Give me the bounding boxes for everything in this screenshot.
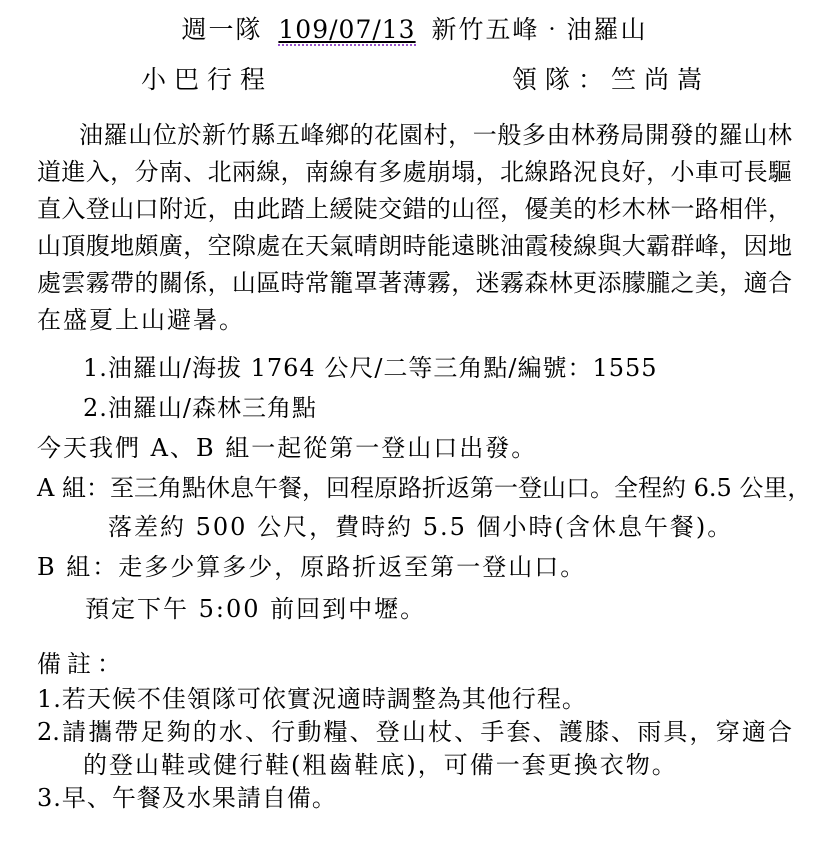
intro-line: 處雲霧帶的關係，山區時常籠罩著薄霧，迷霧森林更添朦朧之美，適合 [37,265,792,302]
leader-label: 領隊：竺尚嵩 [512,63,710,96]
summit-list: 1.油羅山/海拔 1764 公尺/二等三角點/編號：1555 2.油羅山/森林三… [37,348,792,428]
summit-item: 1.油羅山/海拔 1764 公尺/二等三角點/編號：1555 [83,348,792,388]
title-destination: 新竹五峰‧油羅山 [432,15,648,44]
transport-label: 小巴行程 [141,63,273,96]
itinerary-document: 週一隊 109/07/13 新竹五峰‧油羅山 小巴行程 領隊：竺尚嵩 油羅山位於… [0,0,821,845]
group-a-line-2: 落差約 500 公尺，費時約 5.5 個小時(含休息午餐)。 [37,508,792,546]
group-b-plan: B 組：走多少算多少，原路折返至第一登山口。 [37,546,792,588]
intro-line: 道進入，分南、北兩線，南線有多處崩塌，北線路況良好，小車可長驅 [37,154,792,191]
intro-line: 在盛夏上山避暑。 [37,302,792,339]
group-a-line-1: A 組：至三角點休息午餐，回程原路折返第一登山口。全程約 6.5 公里， [37,468,792,508]
intro-line: 油羅山位於新竹縣五峰鄉的花園村，一般多由林務局開發的羅山林 [37,117,792,154]
intro-line: 直入登山口附近，由此踏上緩陡交錯的山徑，優美的杉木林一路相伴， [37,191,792,228]
group-a-plan: A 組：至三角點休息午餐，回程原路折返第一登山口。全程約 6.5 公里， 落差約… [37,468,792,546]
note-item-2-line-1: 2.請攜帶足夠的水、行動糧、登山杖、手套、護膝、雨具，穿適合 [37,716,792,749]
notes-title: 備註： [37,646,792,683]
title-team-prefix: 週一隊 [181,15,262,44]
return-time-note: 預定下午 5:00 前回到中壢。 [37,588,792,630]
summit-item: 2.油羅山/森林三角點 [83,388,792,428]
notes-list: 1.若天候不佳領隊可依實況適時調整為其他行程。 2.請攜帶足夠的水、行動糧、登山… [37,683,792,815]
note-item-2-line-2: 的登山鞋或健行鞋(粗齒鞋底)，可備一套更換衣物。 [37,749,792,782]
note-item-3: 3.早、午餐及水果請自備。 [37,782,792,815]
intro-line: 山頂腹地頗廣，空隙處在天氣晴朗時能遠眺油霞稜線與大霸群峰，因地 [37,228,792,265]
subheader-row: 小巴行程 領隊：竺尚嵩 [37,63,792,96]
doc-title: 週一隊 109/07/13 新竹五峰‧油羅山 [37,13,792,46]
plan-intro: 今天我們 A、B 組一起從第一登山口出發。 [37,428,792,468]
intro-paragraph: 油羅山位於新竹縣五峰鄉的花園村，一般多由林務局開發的羅山林 道進入，分南、北兩線… [37,117,792,339]
title-date-underlined: 109/07/13 [278,15,415,46]
note-item-1: 1.若天候不佳領隊可依實況適時調整為其他行程。 [37,683,792,716]
